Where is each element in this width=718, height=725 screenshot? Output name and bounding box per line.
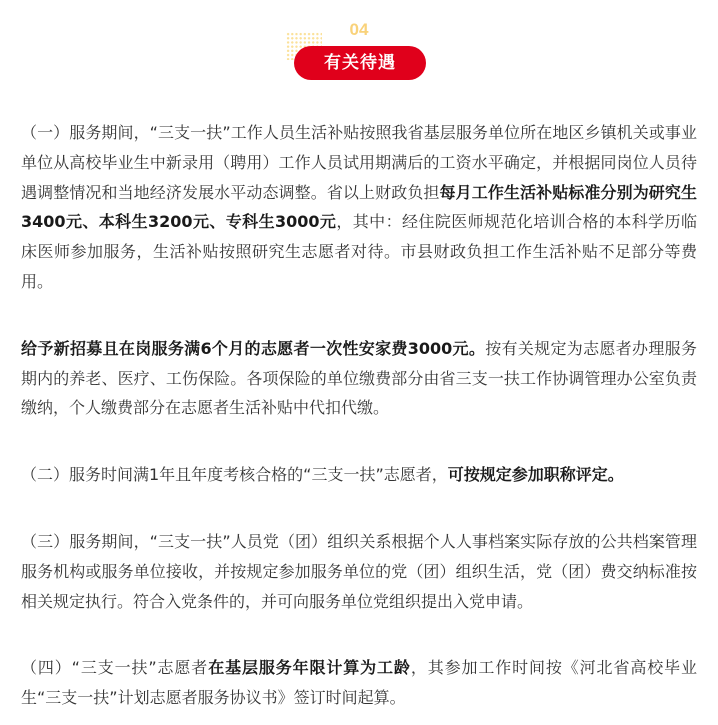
bold-text-segment: 在基层服务年限计算为工龄	[208, 658, 411, 677]
paragraph-title-evaluation: （二）服务时间满1年且年度考核合格的“三支一扶”志愿者，可按规定参加职称评定。	[21, 460, 697, 490]
section-number: 04	[0, 20, 718, 40]
paragraph-party-organization: （三）服务期间，“三支一扶”人员党（团）组织关系根据个人人事档案实际存放的公共档…	[21, 527, 697, 616]
bold-text-segment: 可按规定参加职称评定。	[448, 465, 624, 484]
text-segment: （三）服务期间，“三支一扶”人员党（团）组织关系根据个人人事档案实际存放的公共档…	[21, 532, 697, 611]
paragraph-seniority: （四）“三支一扶”志愿者在基层服务年限计算为工龄，其参加工作时间按《河北省高校毕…	[21, 653, 697, 713]
paragraph-settlement-fee: 给予新招募且在岗服务满6个月的志愿者一次性安家费3000元。按有关规定为志愿者办…	[21, 334, 697, 423]
paragraph-living-allowance: （一）服务期间，“三支一扶”工作人员生活补贴按照我省基层服务单位所在地区乡镇机关…	[21, 118, 697, 297]
section-title-badge: 有关待遇	[294, 46, 426, 80]
section-header: 04 有关待遇	[0, 0, 718, 95]
text-segment: （二）服务时间满1年且年度考核合格的“三支一扶”志愿者，	[21, 465, 448, 484]
bold-text-segment: 给予新招募且在岗服务满6个月的志愿者一次性安家费3000元。	[21, 339, 485, 358]
article-body: （一）服务期间，“三支一扶”工作人员生活补贴按照我省基层服务单位所在地区乡镇机关…	[21, 118, 697, 713]
text-segment: （四）“三支一扶”志愿者	[21, 658, 208, 677]
